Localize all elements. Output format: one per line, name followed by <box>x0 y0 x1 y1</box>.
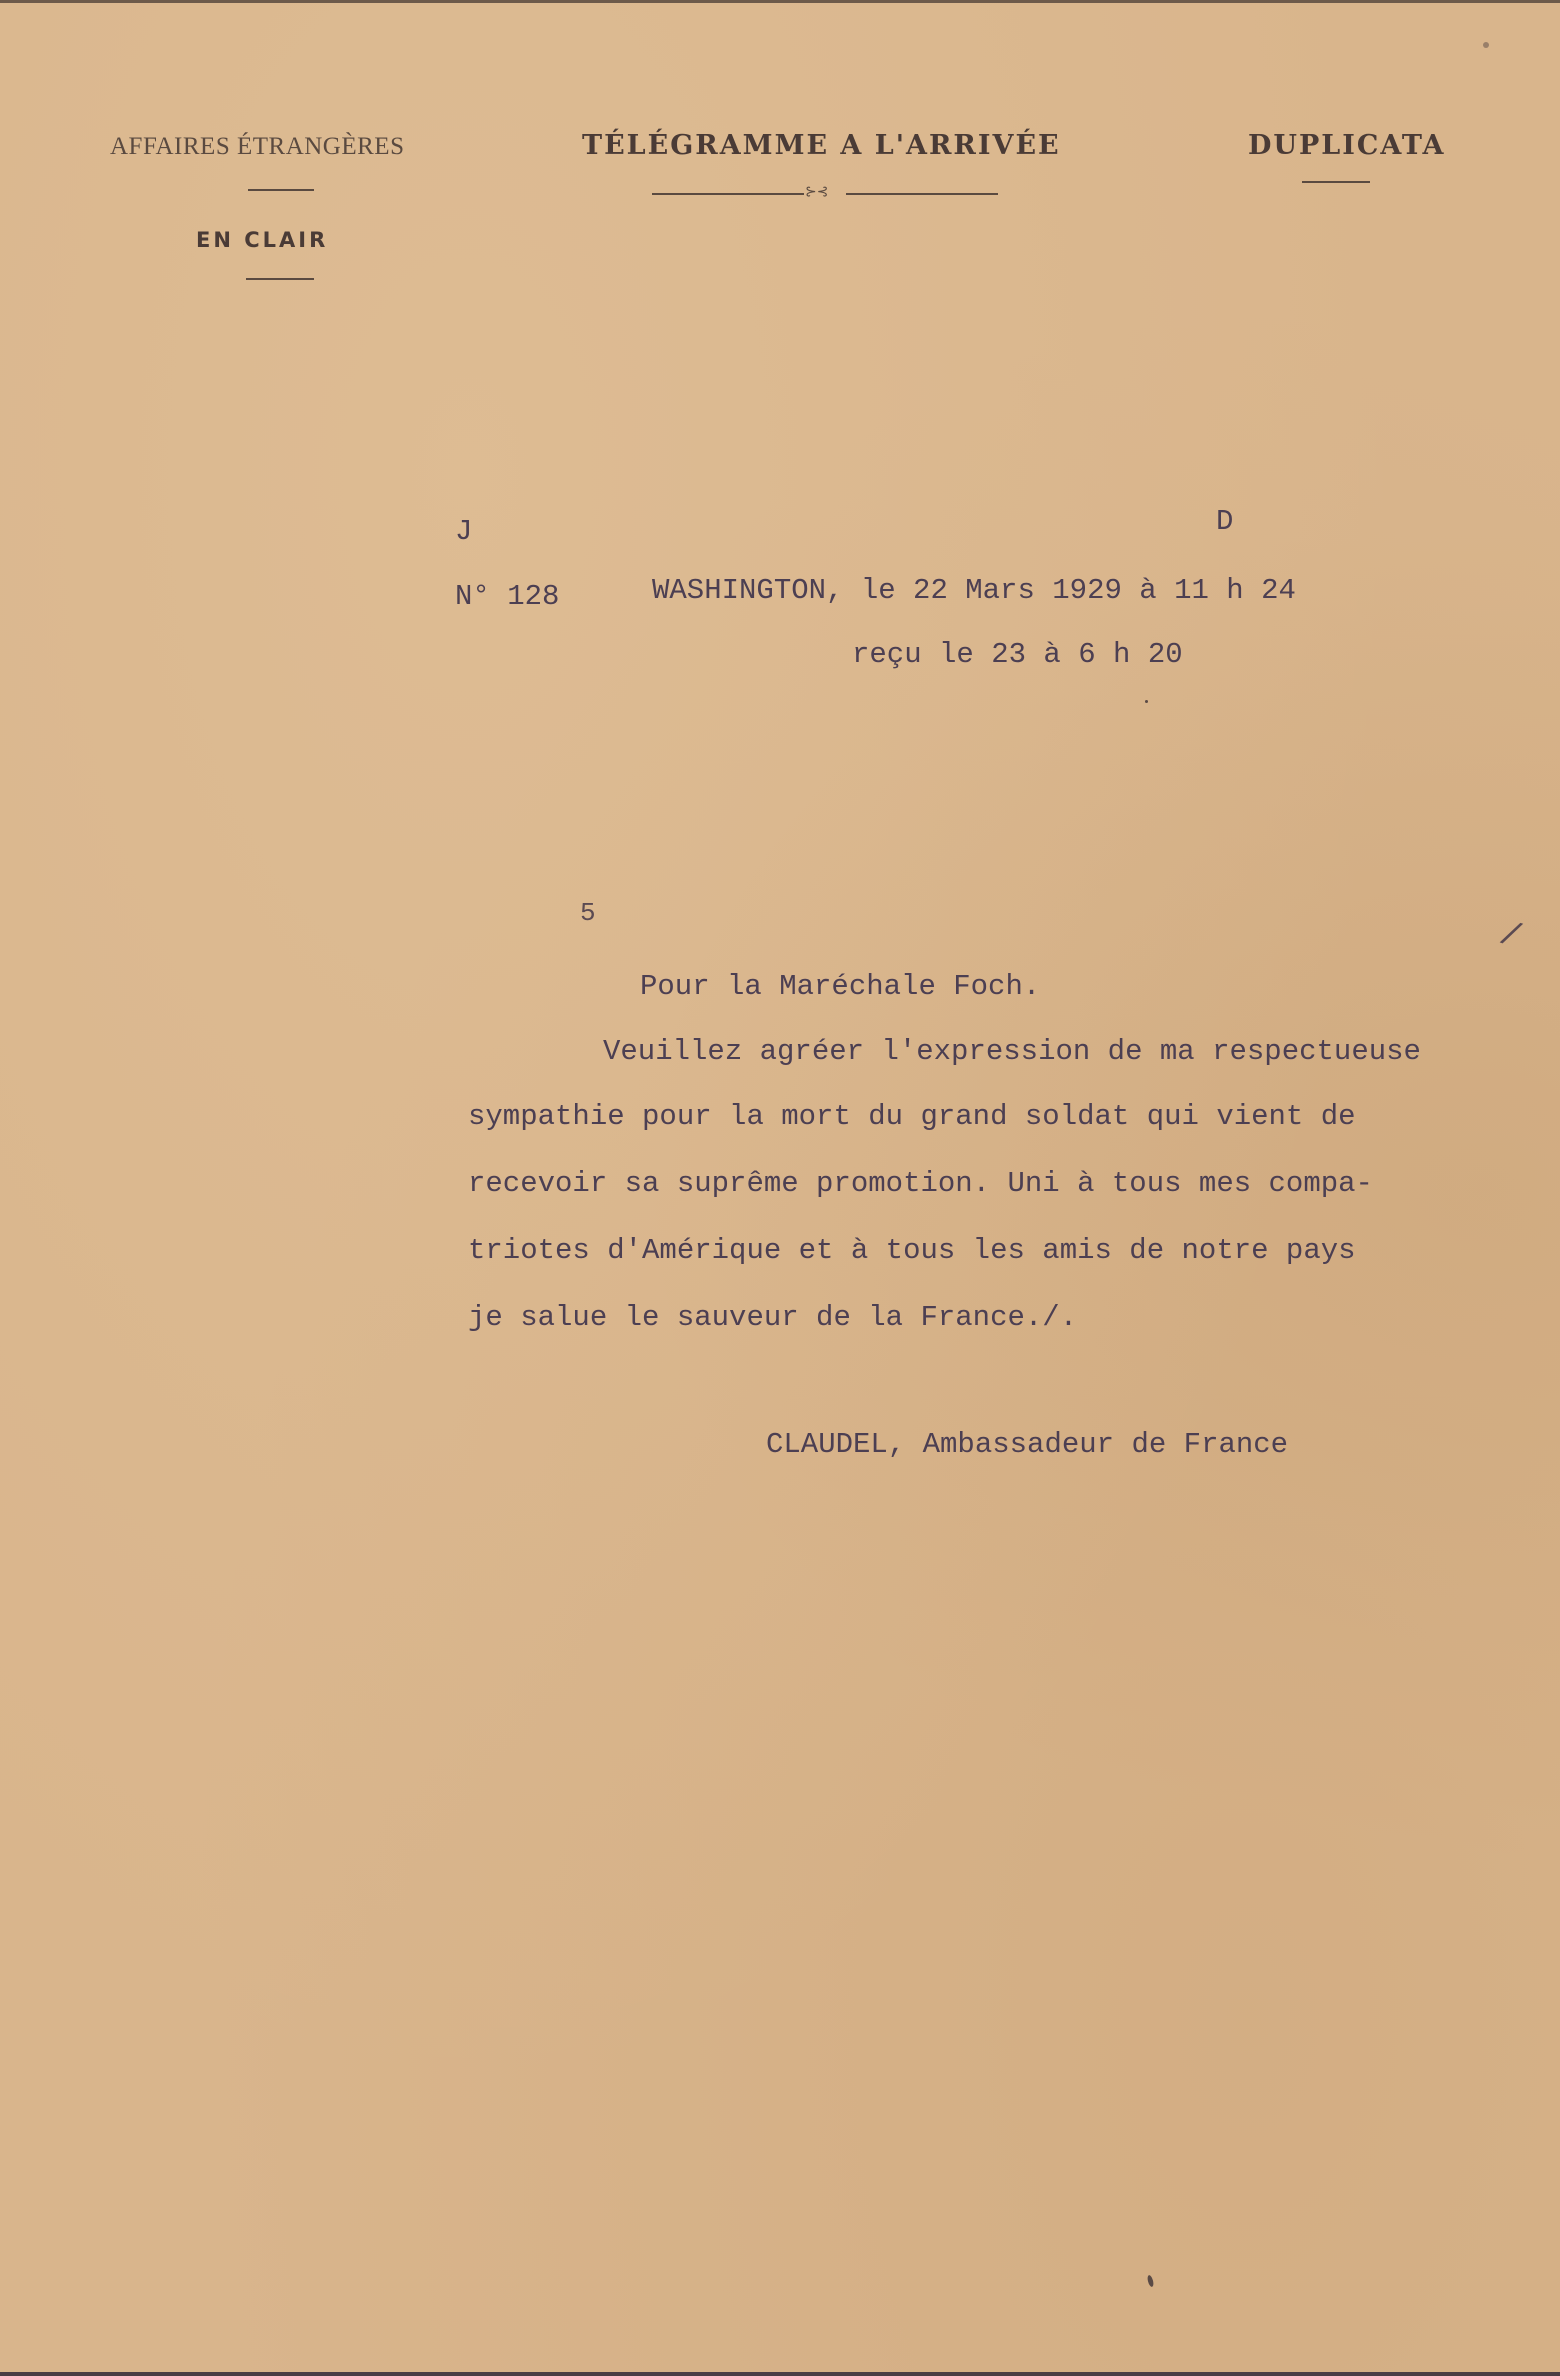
paper-stain <box>1483 42 1489 48</box>
ministry-divider <box>248 189 314 191</box>
pencil-stroke: / <box>1495 916 1526 958</box>
duplicata-label: DUPLICATA <box>1248 130 1445 161</box>
body-line-5: je salue le sauveur de la France./. <box>468 1301 1077 1334</box>
margin-mark: 5 <box>580 898 596 928</box>
ornament-icon: ⊱⊰ <box>805 184 828 200</box>
paper-speck <box>1147 2275 1155 2288</box>
body-line-2: sympathie pour la mort du grand soldat q… <box>468 1100 1356 1133</box>
ministry-heading: AFFAIRES ÉTRANGÈRES <box>110 133 405 161</box>
title-divider-right <box>846 193 998 195</box>
body-line-4: triotes d'Amérique et à tous les amis de… <box>468 1234 1356 1267</box>
paper-speck <box>1145 700 1148 703</box>
title-divider-left <box>652 193 804 195</box>
en-clair-label: EN CLAIR <box>196 228 328 252</box>
code-j: J <box>455 515 472 548</box>
telegram-number: N° 128 <box>455 580 559 613</box>
received-datetime: reçu le 23 à 6 h 20 <box>852 638 1183 671</box>
code-d: D <box>1216 505 1233 538</box>
origin-datetime: WASHINGTON, le 22 Mars 1929 à 11 h 24 <box>652 574 1296 607</box>
body-line-3: recevoir sa suprême promotion. Uni à tou… <box>468 1167 1373 1200</box>
salutation: Pour la Maréchale Foch. <box>640 970 1040 1003</box>
en-clair-divider <box>246 278 314 280</box>
document-type-title: TÉLÉGRAMME A L'ARRIVÉE <box>582 130 1061 161</box>
page-top-edge <box>0 0 1560 3</box>
page-bottom-edge <box>0 2372 1560 2376</box>
signature: CLAUDEL, Ambassadeur de France <box>766 1428 1288 1461</box>
body-line-1: Veuillez agréer l'expression de ma respe… <box>603 1035 1421 1068</box>
duplicata-divider <box>1302 181 1370 183</box>
